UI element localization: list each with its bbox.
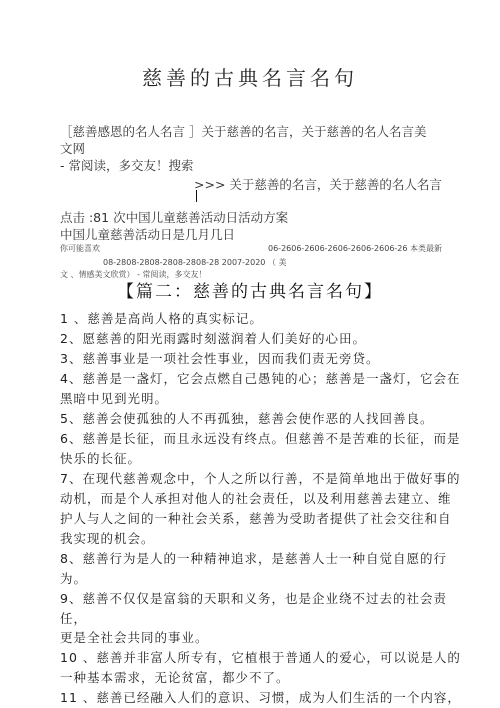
quote-line: 1 、慈善是高尚人格的真实标记。 [60, 309, 263, 327]
quote-line: 更是全社会共同的事业。 [60, 628, 209, 646]
latest-links[interactable]: 06-2606-2606-2606-2606-2606-26 本类最新 [268, 243, 442, 254]
you-may-like-label: 你可能喜欢 [60, 243, 100, 254]
quote-line: 8、慈善行为是人的一种精神追求，是慈善人士一种自觉自愿的行 [60, 549, 447, 567]
document-title: 慈善的古典名言名句 [0, 62, 500, 91]
section-heading: 【篇二：慈善的古典名言名句】 [0, 277, 500, 302]
quote-line: 一种基本需求，无论贫富，都少不了。 [60, 668, 290, 686]
quote-line: 4、慈善是一盏灯，它会点燃自己愚钝的心；慈善是一盏灯，它会在 [60, 369, 460, 387]
quote-line: 为。 [60, 569, 87, 587]
search-link[interactable]: >>> 关于慈善的名言，关于慈善的名人名言 [194, 175, 442, 193]
quote-line: 9、慈善不仅仅是富翁的天职和义务，也是企业绕不过去的社会责 [60, 589, 447, 607]
date-links[interactable]: 08-2808-2808-2808-2808-28 2007-2020 （ 美 [103, 257, 286, 268]
quote-line: 黑暗中见到光明。 [60, 389, 168, 407]
quote-line: 快乐的长征。 [60, 449, 141, 467]
quote-line: 动机，而是个人承担对他人的社会责任，以及利用慈善去建立、维 [60, 489, 452, 507]
quote-line: 7、在现代慈善观念中，个人之所以行善，不是简单地出于做好事的 [60, 469, 460, 487]
quote-line: 11 、慈善已经融入人们的意识、习惯，成为人们生活的一个内容， [60, 688, 461, 706]
quote-line: 我实现的机会。 [60, 529, 155, 547]
intro-line-5: 点击 :81 次中国儿童慈善活动日活动方案 [60, 208, 288, 226]
intro-line-6: 中国儿童慈善活动日是几月几日 [60, 225, 235, 243]
quote-line: 5、慈善会使孤独的人不再孤独，慈善会使作恶的人找回善良。 [60, 409, 433, 427]
intro-line-1: ［慈善感恩的名人名言 ］关于慈善的名言，关于慈善的名人名言美 [60, 122, 426, 140]
quote-line: 任， [60, 609, 87, 627]
text-cursor [196, 190, 197, 202]
quote-line: 10 、慈善并非富人所专有，它植根于普通人的爱心，可以说是人的 [60, 648, 461, 666]
intro-line-3: - 常阅读，多交友！搜索 [60, 156, 193, 174]
quote-line: 护人与人之间的一种社会关系，慈善为受助者提供了社会交往和自 [60, 509, 452, 527]
quote-line: 3、慈善事业是一项社会性事业，因而我们责无旁贷。 [60, 349, 379, 367]
intro-line-2: 文网 [60, 139, 85, 157]
quote-line: 2、愿慈善的阳光雨露时刻滋润着人们美好的心田。 [60, 329, 366, 347]
quote-line: 6、慈善是长征，而且永远没有终点。但慈善不是苦难的长征，而是 [60, 429, 460, 447]
